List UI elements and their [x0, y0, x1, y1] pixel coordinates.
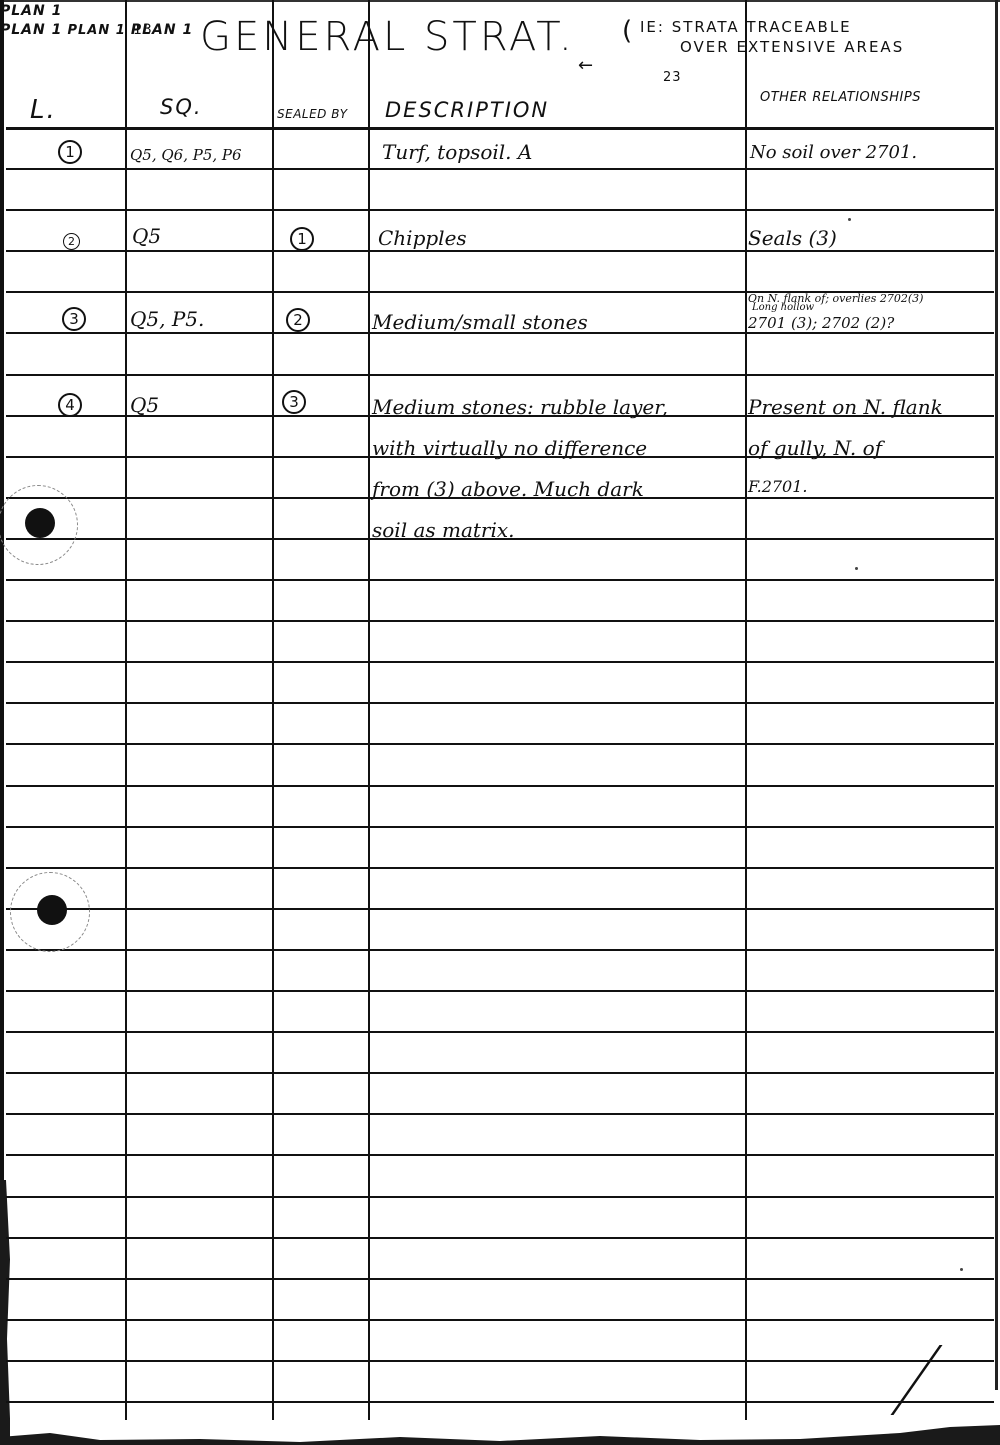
ruled-line	[6, 661, 994, 663]
paper-speck	[848, 218, 851, 221]
ruled-line	[6, 620, 994, 622]
ruled-line	[6, 743, 994, 745]
plan-label: PLAN 1	[0, 3, 62, 19]
title-bracket: (	[622, 16, 633, 46]
column-header-layer: L.	[30, 95, 57, 125]
description-line: Medium/small stones	[372, 310, 588, 334]
arrow-note: 23	[663, 70, 682, 85]
ruled-line	[6, 908, 994, 910]
layer-number: 2	[63, 230, 80, 250]
layer-number: 1	[58, 140, 82, 164]
layer-number: 4	[58, 393, 82, 417]
relationship-line: of gully, N. of	[748, 436, 882, 460]
ruled-line	[6, 1154, 994, 1156]
ruled-line	[6, 374, 994, 376]
ruled-line	[6, 949, 994, 951]
ruled-line	[6, 1072, 994, 1074]
ruled-line	[6, 209, 994, 211]
ruled-line	[6, 702, 994, 704]
relationship-line: F.2701.	[748, 477, 808, 496]
square-value: Q5, Q6, P5, P6	[130, 146, 242, 164]
page-edge-right	[995, 0, 998, 1390]
relationship-line: 2701 (3); 2702 (2)?	[748, 314, 894, 332]
relationship-line: Present on N. flank	[748, 395, 943, 419]
plan-label: PLAN 1	[0, 22, 62, 38]
column-header-description: DESCRIPTION	[385, 98, 549, 122]
column-divider	[745, 0, 747, 1420]
ruled-line	[6, 1196, 994, 1198]
square-value: Q5	[132, 224, 161, 248]
column-header-square: SQ.	[160, 95, 203, 119]
column-header-sealed-by: SEALED BY	[277, 107, 348, 121]
page-edge-shadow	[0, 1180, 10, 1445]
punch-hole-icon	[10, 872, 90, 952]
relationship-line: Long hollow	[752, 302, 814, 313]
punch-hole-icon	[0, 485, 78, 565]
paper-speck	[855, 567, 858, 570]
page-edge-bottom	[0, 1425, 1000, 1445]
ruled-line	[6, 867, 994, 869]
sealed-by-value: 3	[282, 390, 306, 414]
ruled-line	[6, 1319, 994, 1321]
page-title: GENERAL STRAT.	[200, 14, 575, 60]
title-note-line1: IE: STRATA TRACEABLE	[640, 18, 852, 36]
description-line: with virtually no difference	[372, 436, 647, 460]
ruled-line	[6, 785, 994, 787]
ruled-line	[6, 127, 994, 130]
relationship-line: No soil over 2701.	[750, 142, 917, 163]
relationship-line: Seals (3)	[748, 226, 837, 250]
sealed-by-value: 1	[290, 227, 314, 251]
square-value: Q5	[130, 393, 159, 417]
description-line: Medium stones: rubble layer,	[372, 395, 668, 419]
title-note-line2: OVER EXTENSIVE AREAS	[680, 38, 904, 56]
ruled-line	[6, 250, 994, 252]
paper-speck	[960, 1268, 963, 1271]
square-value: Q5, P5.	[130, 307, 204, 331]
ruled-line	[6, 1113, 994, 1115]
description-line: soil as matrix.	[372, 518, 515, 542]
ruled-line	[6, 1031, 994, 1033]
ruled-line	[6, 579, 994, 581]
page-curl	[890, 1345, 1000, 1415]
plan-label: PLAN 1	[67, 23, 125, 38]
layer-number: 3	[62, 307, 86, 331]
page-edge-top	[0, 0, 1000, 2]
ruled-line	[6, 1278, 994, 1280]
description-line: Turf, topsoil. A	[382, 140, 532, 164]
ruled-line	[6, 826, 994, 828]
ledger-sheet: 13 GENERAL STRAT. ( IE: STRATA TRACEABLE…	[0, 0, 1000, 1445]
ruled-line	[6, 1237, 994, 1239]
description-line: from (3) above. Much dark	[372, 477, 644, 501]
description-line: Chipples	[378, 226, 467, 250]
column-header-other-relationships: OTHER RELATIONSHIPS	[760, 90, 940, 106]
ruled-line	[6, 168, 994, 170]
ruled-line	[6, 990, 994, 992]
column-divider	[272, 0, 274, 1420]
page-number: 13	[133, 22, 153, 38]
column-divider	[368, 0, 370, 1420]
ruled-line	[6, 1360, 994, 1362]
ruled-line	[6, 1401, 994, 1403]
column-divider	[125, 0, 127, 1420]
arrow-left-icon: ←	[578, 55, 594, 76]
sealed-by-value: 2	[286, 308, 310, 332]
